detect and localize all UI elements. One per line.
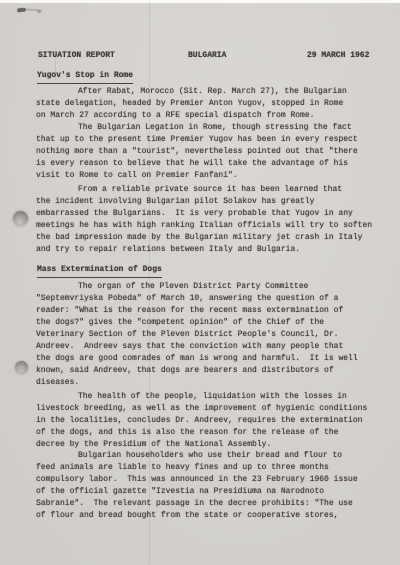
text-line: meetings he has with high ranking Italia…	[36, 220, 381, 232]
text-line: state delegation, headed by Premier Anto…	[36, 98, 381, 110]
document-page: SITUATION REPORT BULGARIA 29 MARCH 1962 …	[0, 0, 400, 565]
hole-punch-dot	[13, 211, 28, 226]
paragraph-yugov-1: After Rabat, Morocco (Sit. Rep. March 27…	[36, 86, 381, 122]
text-line: reader: "What is the reason for the rece…	[36, 305, 381, 317]
text-line: "Septemvriyska Pobeda" of March 10, answ…	[36, 293, 381, 305]
report-date: 29 MARCH 1962	[307, 50, 369, 62]
report-country: BULGARIA	[188, 50, 226, 62]
text-line: the dogs are good comrades of man is wro…	[36, 353, 381, 365]
paragraph-dogs-1: The organ of the Pleven District Party C…	[36, 281, 381, 388]
paragraph-dogs-2: The health of the people, liquidation wi…	[36, 391, 381, 451]
text-line: Sabranie". The relevant passage in the d…	[36, 498, 381, 510]
text-line: The health of the people, liquidation wi…	[36, 391, 381, 403]
text-line: and try to repair relations between Ital…	[36, 244, 381, 256]
text-line: the incident involving Bulgarian pilot S…	[36, 196, 381, 208]
text-line: nothing more than a "tourist", neverthel…	[36, 146, 381, 158]
text-line: After Rabat, Morocco (Sit. Rep. March 27…	[36, 86, 381, 98]
text-line: The organ of the Pleven District Party C…	[36, 281, 381, 293]
text-line: Andreev. Andreev says that the convictio…	[36, 341, 381, 353]
text-line: known, said Andreev, that dogs are beare…	[36, 365, 381, 377]
text-line: of the dogs, and this is also the reason…	[36, 427, 381, 439]
text-line: decree by the Presidium of the National …	[36, 439, 381, 451]
text-line: diseases.	[36, 377, 381, 389]
text-line: compulsory labor. This was announced in …	[36, 474, 381, 486]
section-heading-yugov-stop: Yugov's Stop in Rome	[37, 70, 133, 84]
text-line: Bulgarian householders who use their bre…	[36, 450, 381, 462]
paragraph-yugov-2: The Bulgarian Legation in Rome, though s…	[36, 122, 381, 182]
text-line: livestock breeding, as well as the impro…	[36, 403, 381, 415]
text-line: Veterinary Section of the Pleven Distric…	[36, 329, 381, 341]
text-line: in the localities, concludes Dr. Andreev…	[36, 415, 381, 427]
text-line: is every reason to believe that he will …	[36, 158, 381, 170]
text-line: of flour and bread bought from the state…	[36, 510, 381, 522]
report-title: SITUATION REPORT	[38, 50, 115, 62]
paragraph-yugov-3: From a reliable private source it has be…	[36, 184, 381, 256]
text-line: From a reliable private source it has be…	[36, 184, 381, 196]
text-line: embarrassed the Bulgarians. It is very p…	[36, 208, 381, 220]
hole-punch-dot	[15, 361, 28, 374]
text-line: The Bulgarian Legation in Rome, though s…	[36, 122, 381, 134]
section-heading-dogs: Mass Extermination of Dogs	[37, 264, 162, 278]
text-line: visit to Rome to call on Premier Fanfani…	[36, 170, 381, 182]
text-line: on March 27 according to a RFE special d…	[36, 110, 381, 122]
paragraph-dogs-3: Bulgarian householders who use their bre…	[36, 450, 381, 522]
text-line: that up to the present time Premier Yugo…	[36, 134, 381, 146]
pencil-mark	[17, 8, 26, 13]
text-line: feed animals are liable to heavy fines a…	[36, 462, 381, 474]
text-line: the dogs?" gives the "competent opinion"…	[36, 317, 381, 329]
text-line: the bad impression made by the Bulgarian…	[36, 232, 381, 244]
scan-edge	[0, 0, 400, 3]
text-line: of the official gazette "Izvestia na Pre…	[36, 486, 381, 498]
